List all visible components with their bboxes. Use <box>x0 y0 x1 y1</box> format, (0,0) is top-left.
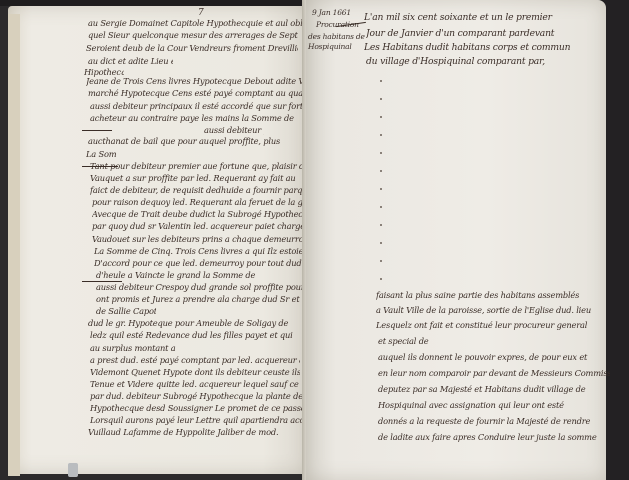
manuscript-line: marché Hypotecque Cens esté payé comptan… <box>88 88 306 98</box>
manuscript-line: auquel ils donnent le pouvoir expres, de… <box>378 352 610 362</box>
pen-stroke <box>82 130 112 131</box>
manuscript-line: Hospiquinal avec assignation qui leur on… <box>378 400 610 410</box>
manuscript-line: Vauquet a sur proffite par led. Requeran… <box>90 173 304 183</box>
manuscript-line: aussi debiteur Crespoy dud grande sol pr… <box>96 282 306 292</box>
left-page: 7 au Sergie Domainet Capitole Hypothecqu… <box>8 6 308 474</box>
ink-dot <box>380 224 382 226</box>
manuscript-line: Seroient deub de la Cour Vendreurs frome… <box>86 43 298 53</box>
margin-note-line: 9 Jan 1661 <box>312 8 351 17</box>
manuscript-line: au dict et adite Lieu et de celle <box>88 56 173 66</box>
binding-clip <box>68 463 78 477</box>
manuscript-line: au Sergie Domainet Capitole Hypothecquie… <box>88 18 308 28</box>
manuscript-line: Jeane de Trois Cens livres Hypotecque De… <box>86 76 304 86</box>
manuscript-line: Jour de Janvier d'un comparant pardevant <box>366 28 598 39</box>
manuscript-line: Hypothecque desd Soussigner Le promet de… <box>90 403 302 413</box>
ink-dot <box>380 98 382 100</box>
manuscript-line: Vaudouet sur les debiteurs prins a chaqu… <box>92 234 306 244</box>
manuscript-line: acheteur au contraire paye les mains la … <box>90 113 300 123</box>
manuscript-line: de ladite aux faire apres Conduire leur … <box>378 432 610 442</box>
manuscript-line: Tenue et Videre quitte led. acquereur le… <box>90 379 302 389</box>
pen-stroke <box>82 166 118 167</box>
manuscript-line: aussi debiteur principaux il esté accord… <box>90 101 308 111</box>
ink-dot <box>380 278 382 280</box>
margin-note-line: des habitans de <box>308 32 365 41</box>
manuscript-line: La Somme de Cinq. Trois Cens livres a qu… <box>94 246 308 256</box>
manuscript-line: Lesquelz ont fait et constitué leur proc… <box>376 320 608 330</box>
manuscript-line: par quoy dud sr Valentin led. acquereur … <box>92 221 306 231</box>
manuscript-line: D'accord pour ce que led. demeurroy pour… <box>94 258 308 268</box>
manuscript-line: Videmont Quenet Hypote dont ils debiteur… <box>90 367 300 377</box>
ink-dot <box>380 80 382 82</box>
margin-note-line: Hospiquinal <box>308 42 352 51</box>
ink-dot <box>380 260 382 262</box>
manuscript-line: Les Habitans dudit habitans corps et com… <box>364 42 596 53</box>
manuscript-line: faict de debiteur, de requisit dedhuide … <box>90 185 304 195</box>
manuscript-line: faisant la plus saine partie des habitan… <box>376 290 608 300</box>
pen-stroke <box>82 281 122 282</box>
manuscript-line: au surplus montant a <box>90 343 180 353</box>
manuscript-line: Tant pour debiteur premier aue fortune q… <box>90 161 306 171</box>
ink-dot <box>380 188 382 190</box>
ink-dot <box>380 206 382 208</box>
manuscript-line: deputez par sa Majesté et Habitans dudit… <box>378 384 610 394</box>
manuscript-line: a prest dud. esté payé comptant par led.… <box>90 355 300 365</box>
manuscript-line: aucthanat de bail que pour auquel proffi… <box>88 136 302 146</box>
ink-dot <box>380 242 382 244</box>
manuscript-line: Avecque de Trait deube dudict la Subrogé… <box>92 209 306 219</box>
manuscript-line: en leur nom comparoir par devant de Mess… <box>378 368 610 378</box>
folio-number: 7 <box>198 8 204 18</box>
manuscript-line: d'heule a Vaincte le grand la Somme de <box>96 270 300 280</box>
manuscript-photo: 7 au Sergie Domainet Capitole Hypothecqu… <box>0 0 629 480</box>
manuscript-line: quel Sieur quelconque mesur des arrerage… <box>88 30 300 40</box>
manuscript-line: et special de <box>378 336 610 346</box>
manuscript-line: ont promis et Jurez a prendre ala charge… <box>96 294 302 304</box>
ink-dot <box>380 134 382 136</box>
manuscript-line: a Vault Ville de la paroisse, sortie de … <box>376 305 608 315</box>
manuscript-line: du village d'Hospiquinal comparant par, <box>366 56 598 67</box>
ink-dot <box>380 170 382 172</box>
manuscript-line: pour raison dequoy led. Requerant ala fe… <box>92 197 306 207</box>
manuscript-line: dud le gr. Hypoteque pour Ameuble de Sol… <box>88 318 298 328</box>
manuscript-line: de Sallie Capot de <box>96 306 156 316</box>
manuscript-line: donnés a la requeste de fournir la Majes… <box>378 416 610 426</box>
manuscript-line: Lorsquil aurons payé leur Lettre quil ap… <box>90 415 302 425</box>
manuscript-line: Vuillaud Lafamme de Hyppolite Jaliber de… <box>88 427 300 437</box>
manuscript-line: aussi debiteur pour <box>204 125 264 135</box>
manuscript-line: ledz quil esté Redevance dud les filles … <box>90 330 300 340</box>
page-edge <box>8 14 20 476</box>
manuscript-line: L'an mil six cent soixante et un le prem… <box>364 12 596 23</box>
ink-dot <box>380 116 382 118</box>
ink-dot <box>380 152 382 154</box>
manuscript-line: par dud. debiteur Subrogé Hypothecque la… <box>90 391 302 401</box>
right-page: 9 Jan 1661Procurationdes habitans deHosp… <box>306 0 606 480</box>
manuscript-line: La Somme de <box>86 149 116 159</box>
